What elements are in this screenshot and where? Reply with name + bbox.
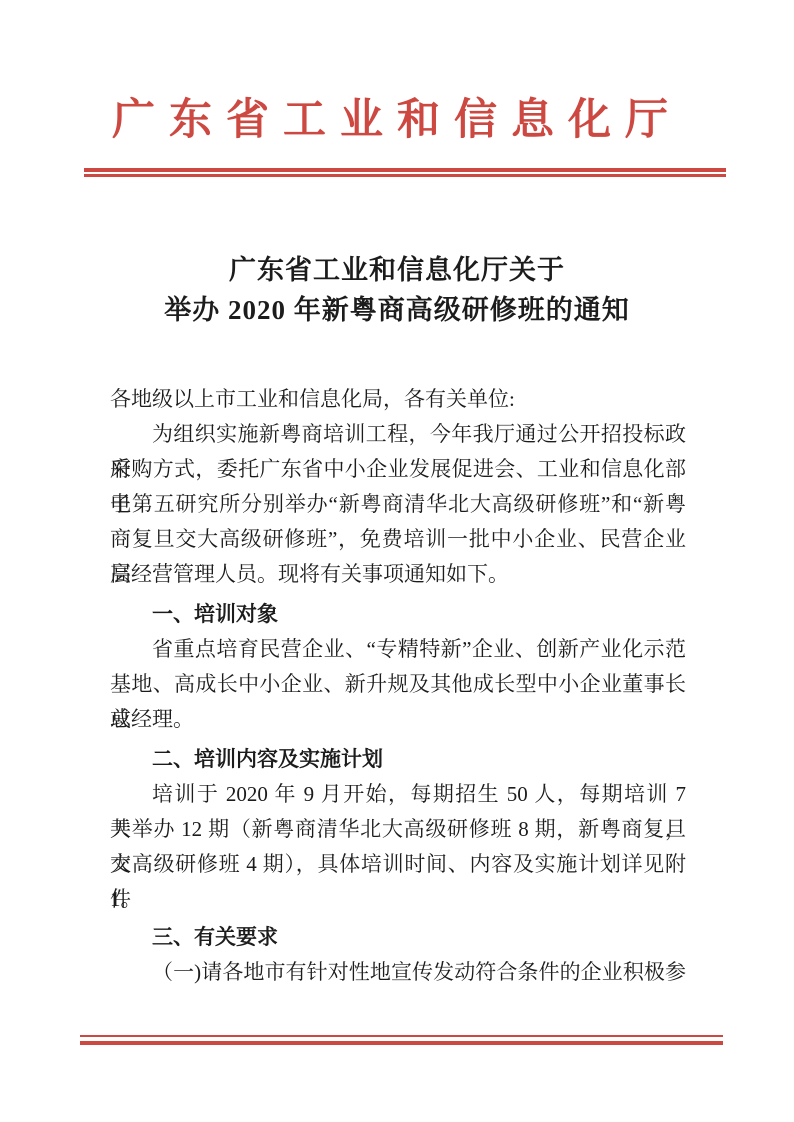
body-line: 商复旦交大高级研修班”，免费培训一批中小企业、民营企业高 — [110, 522, 686, 557]
body-line: 基地、高成长中小企业、新升规及其他成长型中小企业董事长或 — [110, 667, 686, 702]
body-line: 为组织实施新粤商培训工程，今年我厅通过公开招投标政府 — [110, 417, 686, 452]
body-line: 1。 — [110, 882, 686, 917]
body-line: 培训于 2020 年 9 月开始，每期招生 50 人，每期培训 7 天， — [110, 777, 686, 812]
document-title: 广东省工业和信息化厅关于 举办 2020 年新粤商高级研修班的通知 — [0, 250, 794, 330]
body-line: 省重点培育民营企业、“专精特新”企业、创新产业化示范 — [110, 632, 686, 667]
salutation-line: 各地级以上市工业和信息化局，各有关单位: — [110, 382, 686, 417]
document-title-line-1: 广东省工业和信息化厅关于 — [0, 250, 794, 290]
body-line: 采购方式，委托广东省中小企业发展促进会、工业和信息化部电 — [110, 452, 686, 487]
body-line: （一)请各地市有针对性地宣传发动符合条件的企业积极参 — [110, 955, 686, 990]
body-line: 子第五研究所分别举办“新粤商清华北大高级研修班”和“新粤 — [110, 487, 686, 522]
section1-paragraph: 省重点培育民营企业、“专精特新”企业、创新产业化示范 基地、高成长中小企业、新升… — [110, 632, 686, 737]
body-line: 层经营管理人员。现将有关事项通知如下。 — [110, 557, 686, 592]
section3-paragraph: （一)请各地市有针对性地宣传发动符合条件的企业积极参 — [110, 955, 686, 990]
body-line: 大高级研修班 4 期），具体培训时间、内容及实施计划详见附件 — [110, 847, 686, 882]
section-heading-3: 三、有关要求 — [110, 920, 686, 955]
letterhead-title: 广东省工业和信息化厅 — [0, 0, 794, 144]
body-line: 共举办 12 期（新粤商清华北大高级研修班 8 期，新粤商复旦交 — [110, 812, 686, 847]
intro-paragraph: 为组织实施新粤商培训工程，今年我厅通过公开招投标政府 采购方式，委托广东省中小企… — [110, 417, 686, 592]
section2-paragraph: 培训于 2020 年 9 月开始，每期招生 50 人，每期培训 7 天， 共举办… — [110, 777, 686, 917]
body-line: 总经理。 — [110, 702, 686, 737]
section-heading-1: 一、培训对象 — [110, 597, 686, 632]
document-title-line-2: 举办 2020 年新粤商高级研修班的通知 — [0, 290, 794, 330]
document-body: 各地级以上市工业和信息化局，各有关单位: 为组织实施新粤商培训工程，今年我厅通过… — [110, 382, 686, 990]
footer-double-rule — [80, 1035, 723, 1045]
document-page: 广东省工业和信息化厅 广东省工业和信息化厅关于 举办 2020 年新粤商高级研修… — [0, 0, 794, 1122]
section-heading-2: 二、培训内容及实施计划 — [110, 742, 686, 777]
letterhead-double-rule — [84, 168, 726, 177]
